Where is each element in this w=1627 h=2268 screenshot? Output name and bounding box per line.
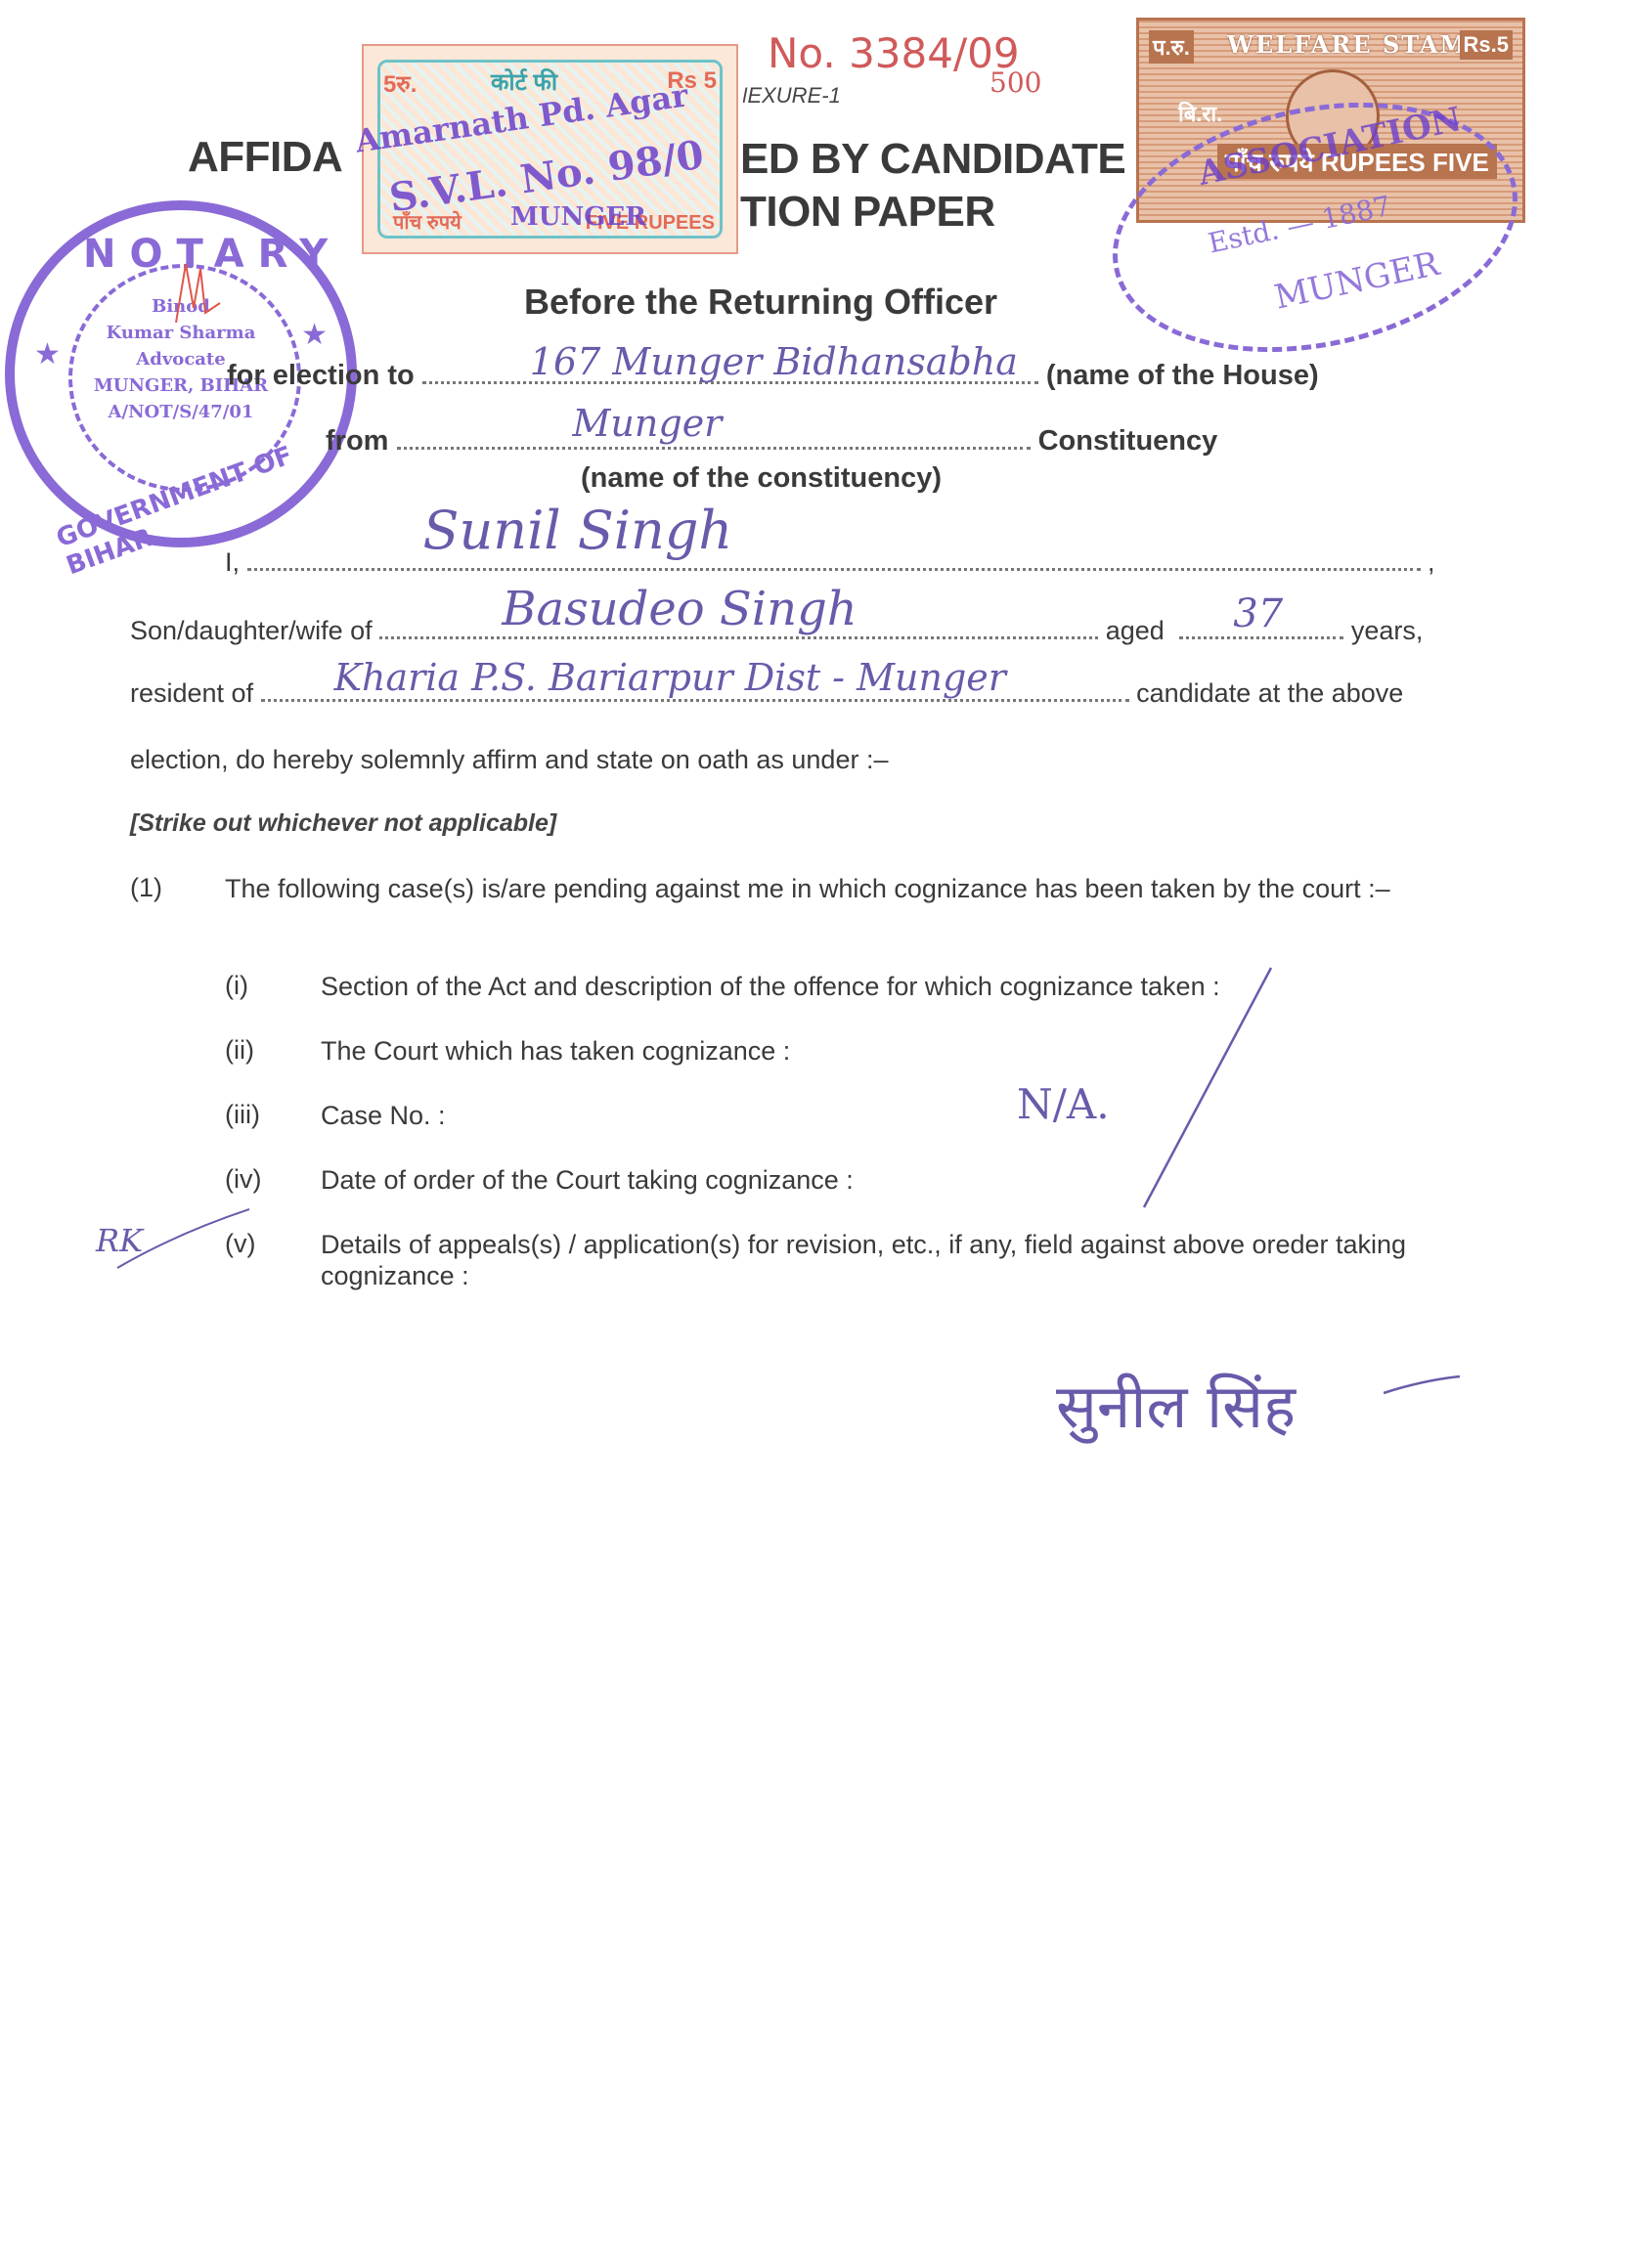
welfare-stamp-hindi-label: प.रु. [1149,30,1194,64]
title-line2: TION PAPER [740,188,995,237]
court-fee-value-left: 5रु. [383,67,417,100]
not-applicable-mark: N/A. [1017,1080,1110,1128]
resident-address[interactable]: Kharia P.S. Bariarpur Dist - Munger [334,656,1006,699]
election-label: for election to [227,360,415,391]
welfare-stamp-left-text: बि.रा. [1178,99,1222,128]
election-suffix: (name of the House) [1046,360,1319,391]
welfare-stamp-value: Rs.5 [1460,30,1513,60]
subitem-number: (iv) [225,1164,261,1195]
association-estd: Estd. — 1887 [1206,190,1394,260]
signature-underline [1384,1369,1462,1398]
subitem-text: Date of order of the Court taking cogniz… [321,1164,854,1196]
constituency-note: (name of the constituency) [581,462,942,495]
deponent-name[interactable]: Sunil Singh [423,500,733,561]
parent-label: Son/daughter/wife of [130,616,373,645]
parent-name[interactable]: Basudeo Singh [502,582,857,636]
title-right: ED BY CANDIDATE [740,135,1125,184]
election-value[interactable]: 167 Munger Bidhansabha [530,340,1018,383]
from-suffix: Constituency [1038,425,1218,457]
notary-signature-icon [166,254,225,327]
election-row: for election to 167 Munger Bidhansabha (… [227,360,1341,392]
subitem-text: The Court which has taken cognizance : [321,1035,790,1067]
subitem-number: (i) [225,971,248,1001]
strike-through-line [1134,963,1281,1217]
subitem-number: (ii) [225,1035,254,1066]
returning-officer-heading: Before the Returning Officer [524,282,997,323]
association-place: MUNGER [1271,244,1442,318]
handwritten-reference-sub: 500 [989,66,1041,99]
deponent-label: I, [225,547,240,577]
affirmation-text: election, do hereby solemnly affirm and … [130,745,888,775]
handwritten-reference-number: No. 3384/09 [768,29,1020,77]
resident-label: resident of [130,678,253,708]
court-fee-stamp: 5रु. कोर्ट फी Rs 5 पाँच रुपये FIVE RUPEE… [362,44,738,254]
resident-suffix: candidate at the above [1136,678,1403,708]
subitem-text: Case No. : [321,1100,446,1131]
subitem-number: (iii) [225,1100,260,1130]
aged-label: aged [1106,616,1165,645]
annexure-label: ANNEXURE-1 [743,83,841,109]
parent-row: Son/daughter/wife of Basudeo Singh aged … [130,616,1440,646]
item-1-number: (1) [130,873,162,903]
item-1-text: The following case(s) is/are pending aga… [225,873,1437,904]
strike-note: [Strike out whichever not applicable] [130,809,556,838]
margin-tick-line [108,1204,254,1273]
residence-row: resident of Kharia P.S. Bariarpur Dist -… [130,678,1440,709]
title-left: AFFIDA [188,133,342,182]
court-fee-header: कोर्ट फी [491,65,557,98]
welfare-stamp-title: WELFARE STAMP [1227,30,1487,59]
deponent-signature: सुनील सिंह [1056,1364,1296,1446]
age-value[interactable]: 37 [1233,591,1283,636]
from-row: from Munger Constituency [326,425,1303,458]
from-label: from [326,425,388,457]
vendor-place: MUNGER [510,202,646,232]
from-value[interactable]: Munger [573,402,723,445]
subitem-text: Section of the Act and description of th… [321,971,1220,1002]
years-label: years, [1351,616,1424,645]
subitem-text: Details of appeals(s) / application(s) f… [321,1229,1440,1291]
deponent-row: I, Sunil Singh , [225,547,1437,578]
